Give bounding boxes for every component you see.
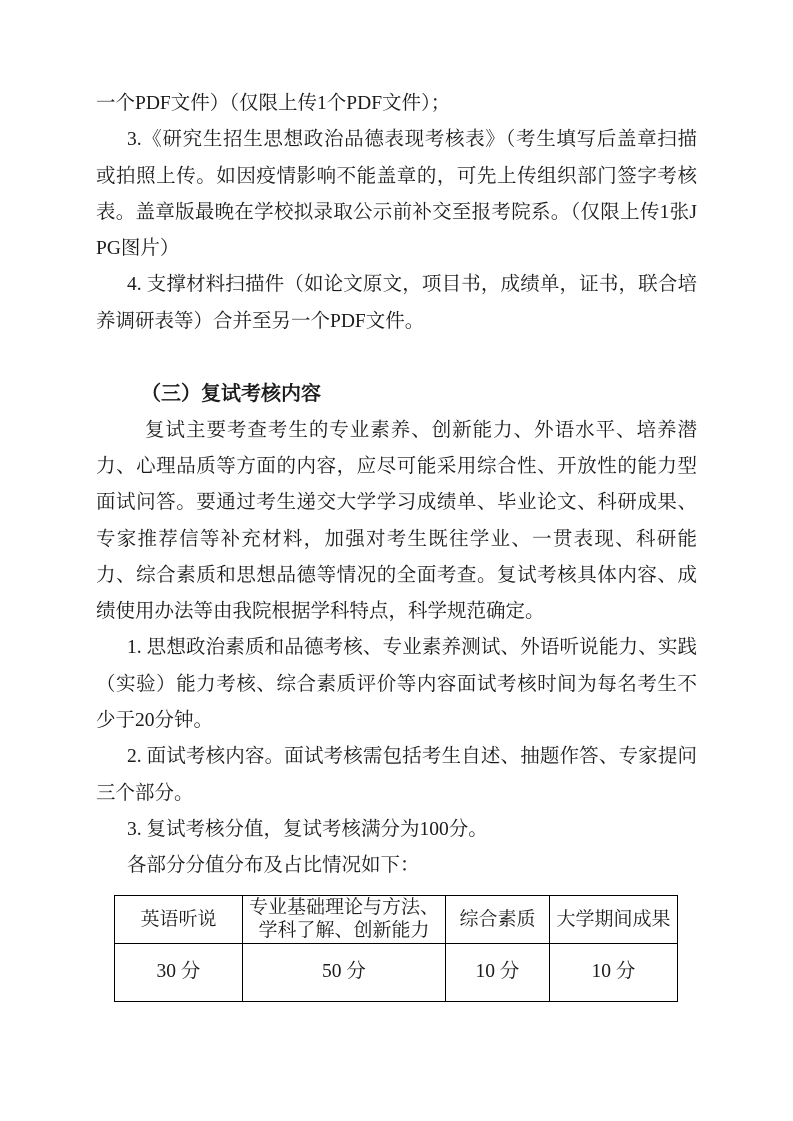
paragraph-assessment-overview: 复试主要考查考生的专业素养、创新能力、外语水平、培养潜力、心理品质等方面的内容，… (96, 413, 697, 631)
value-cell-university-achievements: 10 分 (550, 943, 678, 1001)
header-cell-professional-basics: 专业基础理论与方法、学科了解、创新能力 (243, 895, 446, 943)
page-content: 一个PDF文件）（仅限上传1个PDF文件）； 3.《研究生招生思想政治品德表现考… (96, 86, 697, 1002)
paragraph-table-intro: 各部分分值分布及占比情况如下： (96, 848, 697, 884)
value-cell-comprehensive-quality: 10 分 (446, 943, 550, 1001)
score-distribution-table: 英语听说 专业基础理论与方法、学科了解、创新能力 综合素质 大学期间成果 30 … (114, 895, 678, 1002)
document-page: { "document": { "paragraphs": { "p_pdf_l… (0, 0, 793, 1121)
value-cell-professional-basics: 50 分 (243, 943, 446, 1001)
header-cell-university-achievements: 大学期间成果 (550, 895, 678, 943)
paragraph-point-3-total-score: 3. 复试考核分值，复试考核满分为100分。 (96, 812, 697, 848)
value-cell-english-listening-speaking: 30 分 (115, 943, 243, 1001)
section-heading-assessment-content: （三）复试考核内容 (96, 376, 697, 412)
score-table-value-row: 30 分 50 分 10 分 10 分 (115, 943, 678, 1001)
paragraph-point-2-interview-parts: 2. 面试考核内容。面试考核需包括考生自述、抽题作答、专家提问三个部分。 (96, 739, 697, 812)
paragraph-point-1-interview-duration: 1. 思想政治素质和品德考核、专业素养测试、外语听说能力、实践（实验）能力考核、… (96, 630, 697, 739)
header-cell-english-listening-speaking: 英语听说 (115, 895, 243, 943)
score-table-header-row: 英语听说 专业基础理论与方法、学科了解、创新能力 综合素质 大学期间成果 (115, 895, 678, 943)
paragraph-item-4-support-materials: 4. 支撑材料扫描件（如论文原文，项目书，成绩单，证书，联合培养调研表等）合并至… (96, 267, 697, 340)
paragraph-item-3-political-form: 3.《研究生招生思想政治品德表现考核表》（考生填写后盖章扫描或拍照上传。如因疫情… (96, 122, 697, 267)
header-cell-comprehensive-quality: 综合素质 (446, 895, 550, 943)
paragraph-pdf-limit: 一个PDF文件）（仅限上传1个PDF文件）； (96, 86, 697, 122)
